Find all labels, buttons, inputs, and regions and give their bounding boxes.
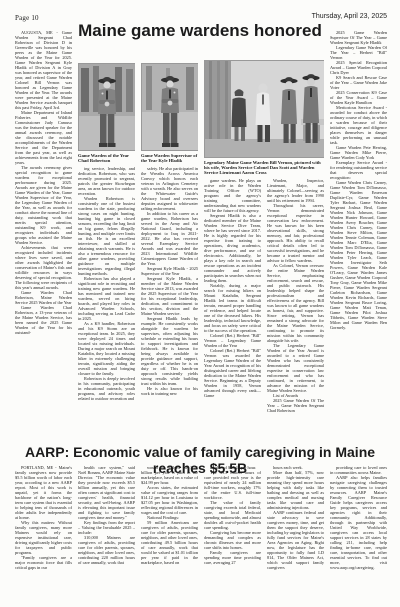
photo3-caption: Legendary Maine Game Warden Bill Vernon,… xyxy=(204,160,324,176)
article1-column-1: AUGUSTA, ME - Game Warden Sergeant Chad … xyxy=(15,30,72,444)
article1-column-2-text: ing service, leadership, and dedication.… xyxy=(78,166,135,444)
photo-group-bill-vernon xyxy=(204,60,324,158)
article1-column-3: Game Warden Supervisor of the Year Kyle … xyxy=(141,63,198,444)
photo2-caption: Game Warden Supervisor of the Year Kyle … xyxy=(141,153,198,164)
newspaper-page: Page 10 Thursday, April 23, 2025 Maine g… xyxy=(0,0,400,607)
article1-column-4: game wardens. He plays an active role in… xyxy=(204,178,261,444)
article1-column-3-text: safety. He also participated in the Wrea… xyxy=(141,166,198,444)
article2-body: PORTLAND, ME - Maine's family caregivers… xyxy=(15,465,387,602)
article2-column-4: a value of $20.41 per hour.The 49.5 bill… xyxy=(204,465,261,602)
article2-column-1: PORTLAND, ME - Maine's family caregivers… xyxy=(15,465,72,602)
photo-chad-robertson xyxy=(78,63,135,151)
article2-column-3: would be valued at $5.5 billion per year… xyxy=(141,465,198,602)
photo-kyle-hladik xyxy=(141,63,198,151)
photo1-caption: Game Warden of the Year Chad Robertson xyxy=(78,153,135,164)
article1-column-6: 2025 Game Warden Supervisor Of The Year … xyxy=(330,30,387,444)
article2-column-5: hours each week.More than half, 57%, now… xyxy=(267,465,324,602)
article1-column-2: Game Warden of the Year Chad Robertson i… xyxy=(78,63,135,444)
article2-column-6: providing care to loved ones in communit… xyxy=(330,465,387,602)
article1-column-5: Warden, Inspector, Lieutenant, Major, an… xyxy=(267,178,324,444)
article2-column-2: health care system," said Noël Bonam, AA… xyxy=(78,465,135,602)
article1-columns-4-5: Legendary Maine Game Warden Bill Vernon,… xyxy=(204,60,324,444)
page-date: Thursday, April 23, 2025 xyxy=(312,13,387,20)
